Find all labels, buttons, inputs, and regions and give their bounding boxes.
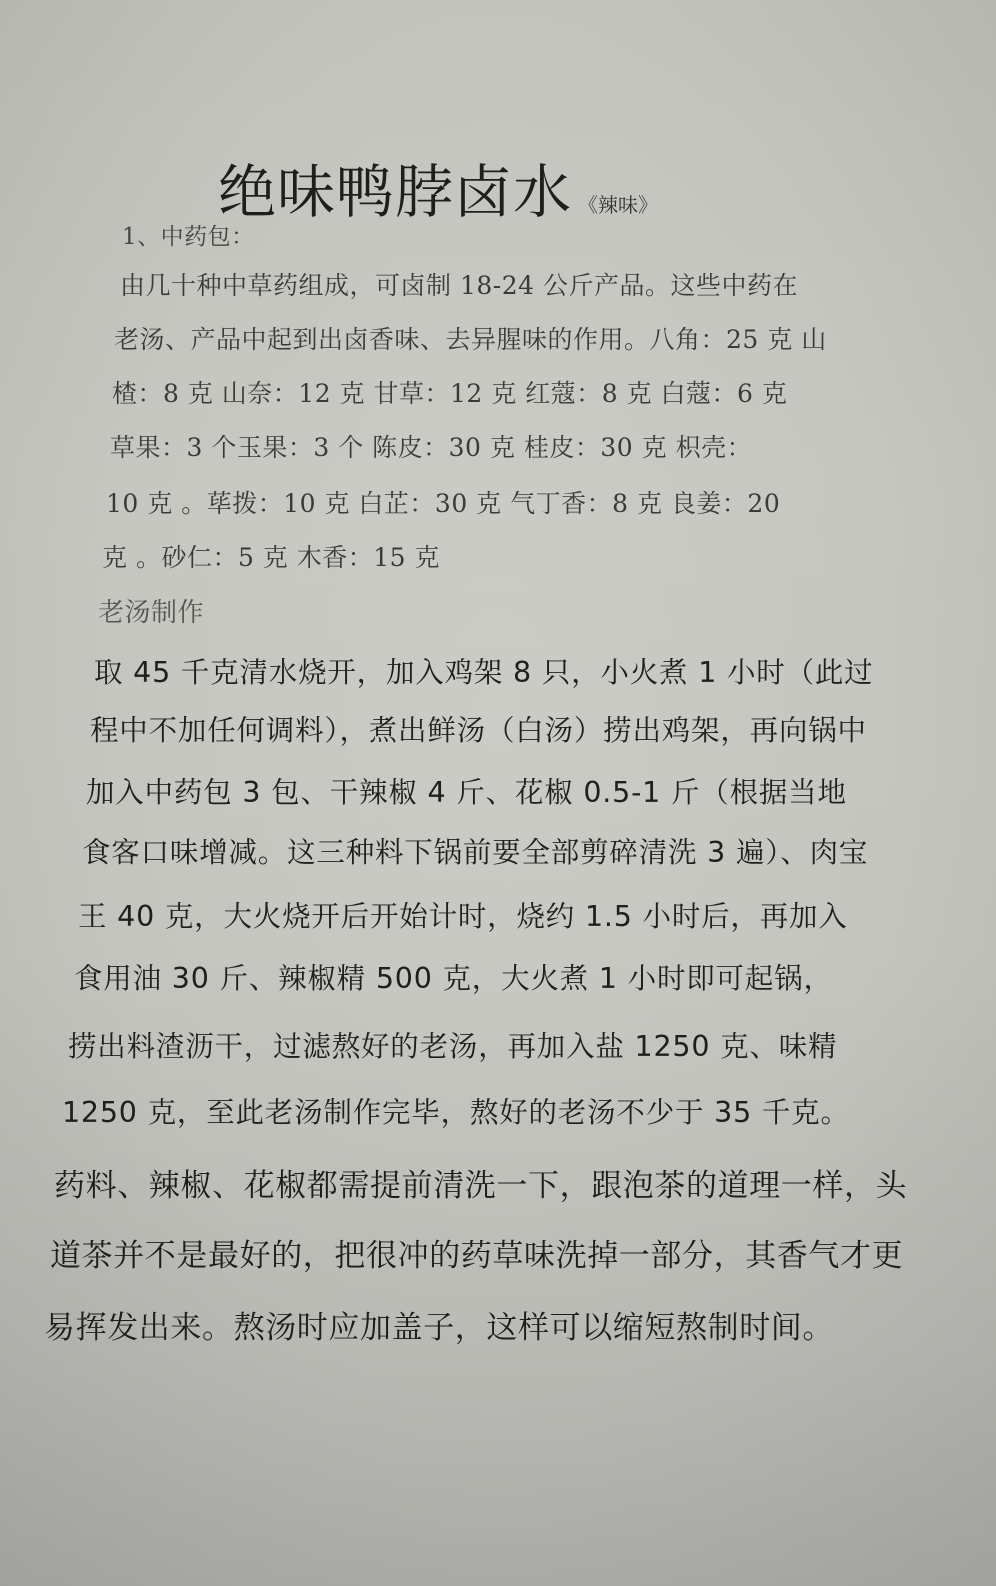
section-heading: 1、中药包： bbox=[122, 218, 255, 251]
document-subtitle: 《辣味》 bbox=[578, 193, 658, 217]
paragraph-line: 捞出料渣沥干，过滤熬好的老汤，再加入盐 1250 克、味精 bbox=[68, 1024, 837, 1065]
document-page: 绝味鸭脖卤水《辣味》 1、中药包： 由几十种中草药组成，可卤制 18-24 公斤… bbox=[0, 0, 996, 1586]
paragraph-line: 道茶并不是最好的，把很冲的药草味洗掉一部分，其香气才更 bbox=[50, 1230, 903, 1275]
paragraph-line: 加入中药包 3 包、干辣椒 4 斤、花椒 0.5-1 斤（根据当地 bbox=[86, 770, 847, 811]
paragraph-line: 取 45 千克清水烧开，加入鸡架 8 只，小火煮 1 小时（此过 bbox=[94, 650, 874, 691]
section-heading: 老汤制作 bbox=[98, 592, 204, 629]
paragraph-line: 易挥发出来。熬汤时应加盖子，这样可以缩短熬制时间。 bbox=[44, 1302, 834, 1347]
title-row: 绝味鸭脖卤水《辣味》 bbox=[218, 145, 658, 229]
paragraph-line: 10 克 。荜拨：10 克 白芷：30 克 气丁香：8 克 良姜：20 bbox=[106, 484, 780, 520]
paragraph-line: 食用油 30 斤、辣椒精 500 克，大火煮 1 小时即可起锅， bbox=[74, 956, 833, 997]
paragraph-line: 草果：3 个玉果：3 个 陈皮：30 克 桂皮：30 克 枳壳： bbox=[110, 428, 752, 464]
paragraph-line: 克 。砂仁：5 克 木香：15 克 bbox=[102, 538, 440, 574]
paragraph-line: 老汤、产品中起到出卤香味、去异腥味的作用。八角：25 克 山 bbox=[114, 320, 827, 356]
paragraph-line: 程中不加任何调料），煮出鲜汤（白汤）捞出鸡架，再向锅中 bbox=[90, 708, 867, 749]
paragraph-line: 楂：8 克 山奈：12 克 甘草：12 克 红蔻：8 克 白蔻：6 克 bbox=[112, 374, 787, 410]
paragraph-line: 食客口味增减。这三种料下锅前要全部剪碎清洗 3 遍）、肉宝 bbox=[82, 830, 868, 871]
document-title: 绝味鸭脖卤水 bbox=[218, 158, 572, 226]
paragraph-line: 药料、辣椒、花椒都需提前清洗一下，跟泡茶的道理一样，头 bbox=[54, 1160, 907, 1205]
paragraph-line: 由几十种中草药组成，可卤制 18-24 公斤产品。这些中药在 bbox=[120, 266, 798, 302]
paragraph-line: 1250 克，至此老汤制作完毕，熬好的老汤不少于 35 千克。 bbox=[62, 1090, 850, 1131]
paragraph-line: 王 40 克，大火烧开后开始计时，烧约 1.5 小时后，再加入 bbox=[78, 894, 848, 935]
